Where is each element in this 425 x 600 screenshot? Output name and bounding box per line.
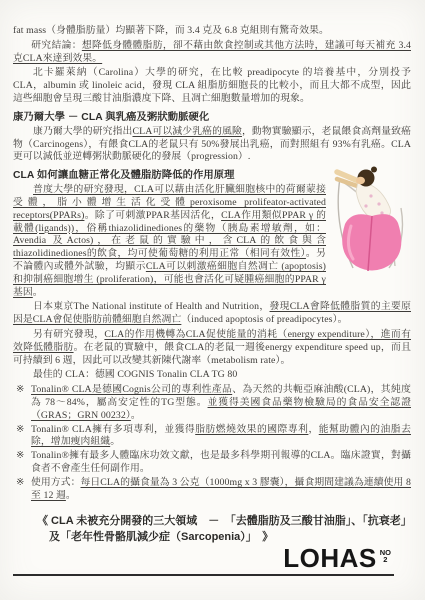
text-run: 另有研究發現， bbox=[33, 329, 104, 340]
paragraph-carolina: 北卡羅萊納（Carolina）大學的研究，在比較 preadipocyte 的培… bbox=[13, 67, 411, 105]
underlined-text: 每日CLA的攝食量為 3 公克（1000mg x 3 膠囊），攝食期間建議為連續… bbox=[31, 477, 411, 501]
text-run: 。 bbox=[131, 410, 141, 421]
bullet-item-tonalin-patent-product: ※ Tonalin® CLA是德國Cognis公司的專利性產品、為天然的共軛亞麻… bbox=[13, 384, 411, 422]
bullet-item-usage: ※ 使用方式：每日CLA的攝食量為 3 公克（1000mg x 3 膠囊），攝食… bbox=[13, 477, 411, 503]
bullet-item-fat-burning-patent: ※ Tonalin® CLA擁有多項專利，並獲得脂肪燃燒效果的國際專利，能幫助體… bbox=[13, 424, 411, 450]
text-run: Tonalin®擁有最多人體臨床功效文獻，也是最多科學期刊報導的CLA。臨床證實… bbox=[31, 450, 411, 474]
document-page: fat mass（身體脂肪量）均顯著下降，而 3.4 克及 6.8 克組則有驚奇… bbox=[0, 0, 425, 600]
paragraph-fat-mass: fat mass（身體脂肪量）均顯著下降，而 3.4 克及 6.8 克組則有驚奇… bbox=[13, 25, 411, 38]
text-run: ， bbox=[308, 424, 318, 435]
text-run: 研究結論： bbox=[31, 40, 82, 51]
text-run: 。在老鼠的實驗中，餵食CLA的老鼠一週後energy expenditure s… bbox=[13, 342, 411, 366]
lohas-logo: LOHAS NO 2 bbox=[13, 546, 411, 571]
text-run: fat mass（身體脂肪量）均顯著下降，而 3.4 克及 6.8 克組則有驚奇… bbox=[13, 25, 329, 36]
text-run: 。 bbox=[110, 436, 120, 447]
logo-wordmark: LOHAS bbox=[283, 546, 377, 571]
bullet-text: Tonalin® CLA擁有多項專利，並獲得脂肪燃燒效果的國際專利，能幫助體內的… bbox=[31, 424, 411, 450]
closing-note: 《 CLA 未被充分開發的三大領域 － 「去體脂肪及三酸甘油脂」、「抗衰老」及「… bbox=[13, 513, 411, 546]
text-run: 。 bbox=[33, 287, 43, 298]
paragraph-energy: 另有研究發現，CLA的作用機轉為CLA促使能量的消耗（energy expend… bbox=[13, 329, 411, 367]
text-run: 康乃爾大學的研究指出 bbox=[33, 126, 132, 137]
logo-issue-digit: 2 bbox=[383, 556, 387, 564]
bullet-text: 使用方式：每日CLA的攝食量為 3 公克（1000mg x 3 膠囊），攝食期間… bbox=[31, 477, 411, 503]
exercising-figure-drawing bbox=[333, 166, 411, 276]
text-run: 最佳的 CLA：德國 COGNIS Tonalin CLA TG 80 bbox=[33, 369, 237, 380]
underlined-text: Tonalin® CLA是德國Cognis公司的專利性產品 bbox=[31, 384, 232, 395]
text-run: Tonalin® CLA擁有多項專利，並獲得 bbox=[31, 424, 195, 435]
bullet-item-clinical-evidence: ※ Tonalin®擁有最多人體臨床功效文獻，也是最多科學期刊報導的CLA。臨床… bbox=[13, 450, 411, 476]
paragraph-japan: 日本東京The National institute of Health and… bbox=[13, 301, 411, 327]
text-run: 。除了可刺激PPAR基因活化， bbox=[84, 210, 221, 221]
text-run: 。 bbox=[66, 490, 76, 501]
bullet-marker: ※ bbox=[13, 477, 31, 503]
underlined-text: CLA可以減少乳癌的風險 bbox=[132, 126, 241, 137]
text-run: （induced apoptosis of preadipocytes）。 bbox=[181, 314, 347, 325]
bullet-marker: ※ bbox=[13, 384, 31, 422]
bullet-list: ※ Tonalin® CLA是德國Cognis公司的專利性產品、為天然的共軛亞麻… bbox=[13, 384, 411, 502]
bullet-marker: ※ bbox=[13, 424, 31, 450]
footer: 《 CLA 未被充分開發的三大領域 － 「去體脂肪及三酸甘油脂」、「抗衰老」及「… bbox=[13, 513, 411, 577]
exercise-illustration bbox=[333, 166, 411, 276]
paragraph-cornell: 康乃爾大學的研究指出CLA可以減少乳癌的風險，動物實驗顯示，老鼠餵食高劑量致癌物… bbox=[13, 126, 411, 164]
bullet-text: Tonalin®擁有最多人體臨床功效文獻，也是最多科學期刊報導的CLA。臨床證實… bbox=[31, 450, 411, 476]
section-heading-cornell: 康乃爾大學 － CLA 與乳癌及粥狀動脈硬化 bbox=[13, 111, 411, 124]
paragraph-conclusion: 研究結論：想降低身體體脂肪，卻不藉由飲食控制或其他方法時，建議可每天補充 3.4… bbox=[13, 40, 411, 66]
text-run: 北卡羅萊納（Carolina）大學的研究，在比較 preadipocyte 的培… bbox=[13, 67, 411, 104]
paragraph-best-cla: 最佳的 CLA：德國 COGNIS Tonalin CLA TG 80 bbox=[13, 369, 411, 382]
divider-line bbox=[13, 574, 394, 577]
text-run: 日本東京The National institute of Health and… bbox=[33, 301, 270, 312]
bullet-marker: ※ bbox=[13, 450, 31, 476]
underlined-text: 脂肪燃燒效果的國際專利 bbox=[195, 424, 308, 435]
bullet-text: Tonalin® CLA是德國Cognis公司的專利性產品、為天然的共軛亞麻油酸… bbox=[31, 384, 411, 422]
body-text: fat mass（身體脂肪量）均顯著下降，而 3.4 克及 6.8 克組則有驚奇… bbox=[0, 0, 425, 502]
text-run: 使用方式： bbox=[31, 477, 81, 488]
logo-issue-number: NO 2 bbox=[380, 549, 391, 564]
